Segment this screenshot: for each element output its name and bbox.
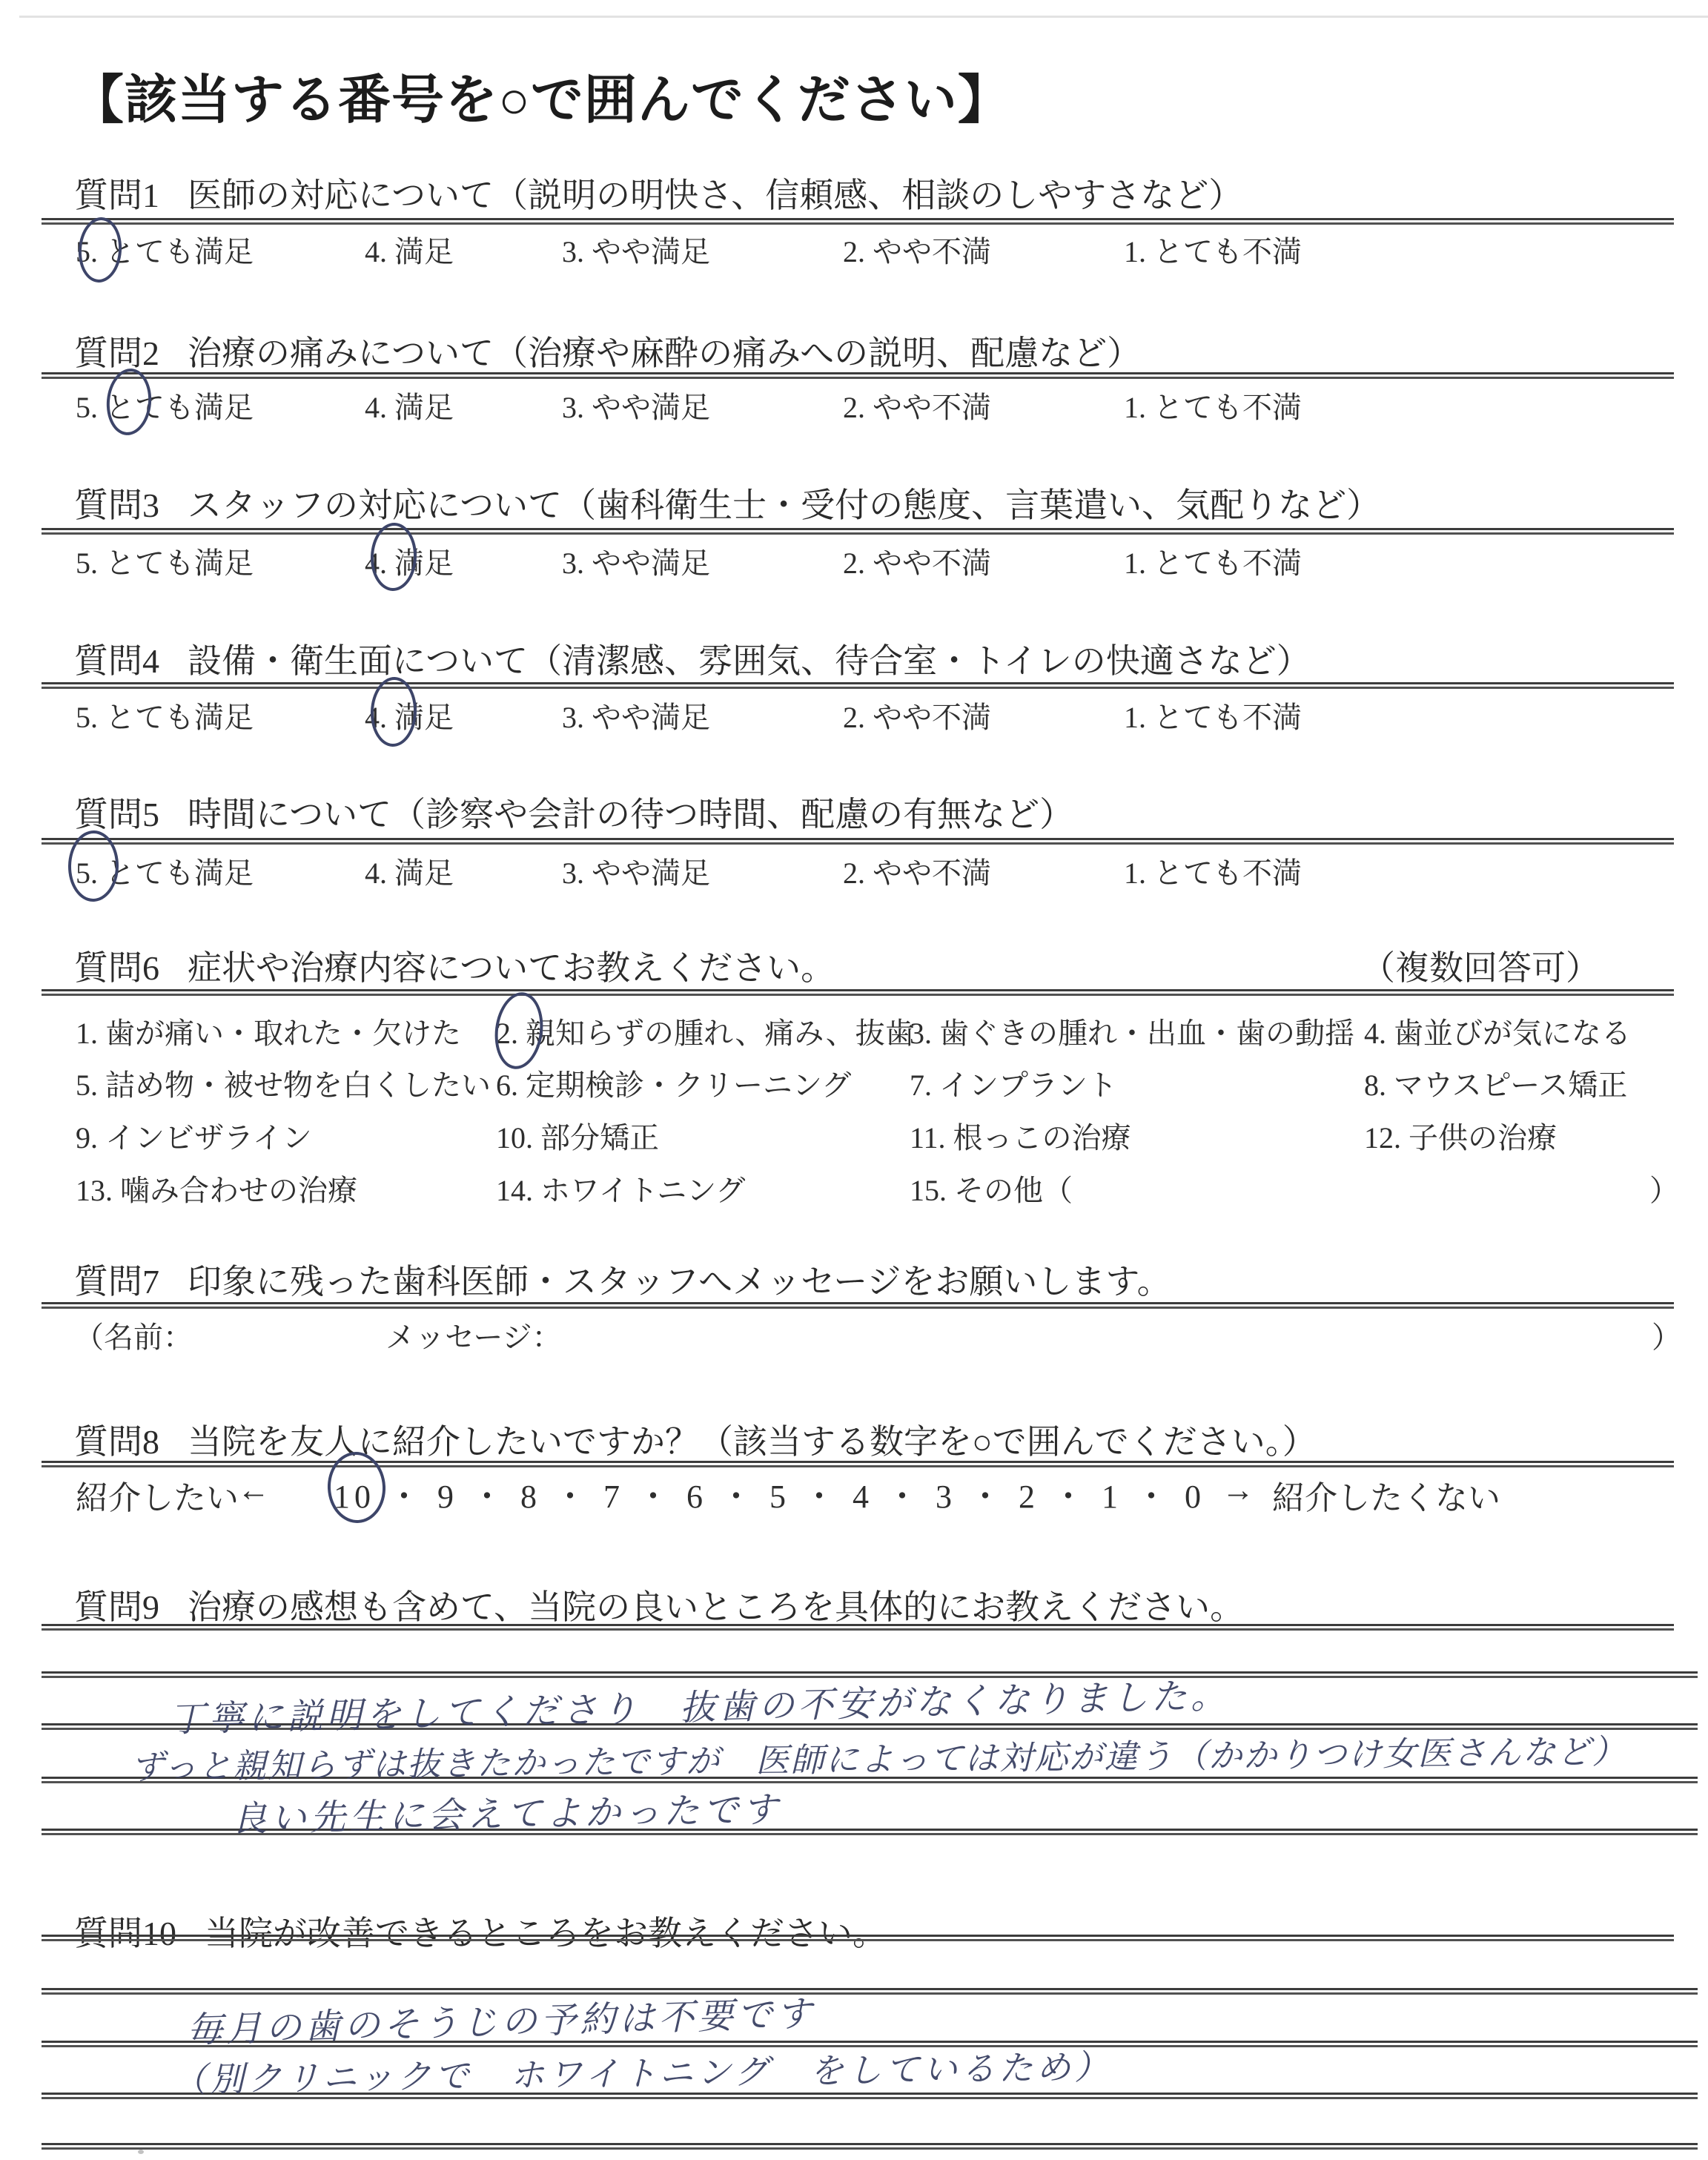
q7-message-field-label: メッセージ：: [385, 1314, 562, 1356]
divider-line: [42, 989, 1674, 991]
q9-handwriting-line-3: 良い先生に会えてよかったです: [231, 1781, 781, 1842]
question-6-text: 症状や治療内容についてお教えください。: [188, 949, 835, 987]
q4-option-5: 5. とても満足: [76, 694, 254, 736]
q4-option-1: 1. とても不満: [1124, 694, 1302, 736]
question-2-header: 質問2治療の痛みについて（治療や麻酔の痛みへの説明、配慮など）: [74, 326, 1141, 375]
q6-option-4: 4. 歯並びが気になる: [1364, 1010, 1631, 1052]
q1-option-2: 2. やや不満: [843, 228, 991, 271]
question-9-header: 質問9治療の感想も含めて、当院の良いところを具体的にお教えください。: [74, 1580, 1244, 1629]
q8-left-arrow: ←: [237, 1471, 270, 1509]
q8-left-label: 紹介したい: [76, 1471, 239, 1519]
q1-option-4: 4. 満足: [365, 228, 454, 271]
question-8-header: 質問8当院を友人に紹介したいですか？（該当する数字を○で囲んでください。）: [74, 1415, 1317, 1464]
q7-close-paren: ）: [1652, 1314, 1681, 1356]
divider-line: [42, 682, 1674, 684]
question-5-header: 質問5時間について（診察や会計の待つ時間、配慮の有無など）: [74, 787, 1073, 836]
question-4-header: 質問4設備・衛生面について（清潔感、雰囲気、待合室・トイレの快適さなど）: [74, 634, 1311, 683]
q1-option-1: 1. とても不満: [1124, 228, 1302, 271]
question-2-text: 治療の痛みについて（治療や麻酔の痛みへの説明、配慮など）: [188, 334, 1141, 372]
question-6-label: 質問6: [74, 949, 159, 987]
divider-line: [42, 1302, 1674, 1304]
q6-option-10: 10. 部分矯正: [496, 1114, 659, 1157]
question-1-text: 医師の対応について（説明の明快さ、信頼感、相談のしやすさなど）: [188, 176, 1242, 214]
q4-option-3: 3. やや満足: [562, 694, 710, 736]
answer-ruled-line: [42, 1671, 1698, 1674]
q5-option-4: 4. 満足: [365, 850, 454, 892]
question-5-label: 質問5: [74, 796, 159, 833]
question-3-text: スタッフの対応について（歯科衛生士・受付の態度、言葉遣い、気配りなど）: [188, 486, 1380, 524]
q8-right-label: 紹介したくない: [1272, 1471, 1500, 1519]
pen-circle-q2-answer: [104, 367, 154, 437]
question-4-text: 設備・衛生面について（清潔感、雰囲気、待合室・トイレの快適さなど）: [188, 642, 1311, 680]
q5-option-3: 3. やや満足: [562, 850, 710, 892]
divider-line: [42, 1461, 1674, 1463]
q6-option-15-close-paren: ）: [1649, 1167, 1679, 1209]
q3-option-5: 5. とても満足: [76, 540, 254, 582]
q7-name-field-label: （名前：: [74, 1314, 193, 1356]
q6-option-1: 1. 歯が痛い・取れた・欠けた: [76, 1010, 461, 1052]
q4-option-2: 2. やや不満: [843, 694, 991, 736]
question-1-header: 質問1医師の対応について（説明の明快さ、信頼感、相談のしやすさなど）: [74, 168, 1242, 217]
q2-option-5: 5. とても満足: [76, 384, 254, 426]
pen-circle-q6-answer: [491, 989, 547, 1071]
q6-multi-answer-note: （複数回答可）: [1361, 941, 1600, 990]
scanned-survey-sheet: 【該当する番号を○で囲んでください】 質問1医師の対応について（説明の明快さ、信…: [0, 0, 1708, 2160]
divider-line: [42, 838, 1674, 840]
q5-option-1: 1. とても不満: [1124, 850, 1302, 892]
answer-ruled-line: [42, 1988, 1698, 1990]
q6-option-14: 14. ホワイトニング: [496, 1167, 745, 1209]
q6-option-8: 8. マウスピース矯正: [1364, 1062, 1627, 1104]
q2-option-3: 3. やや満足: [562, 384, 710, 426]
scan-artifact-line: [19, 16, 1708, 18]
divider-line: [42, 372, 1674, 374]
question-10-label: 質問10: [74, 1915, 176, 1952]
q5-option-2: 2. やや不満: [843, 850, 991, 892]
q6-option-15: 15. その他（: [910, 1167, 1073, 1209]
question-9-text: 治療の感想も含めて、当院の良いところを具体的にお教えください。: [188, 1588, 1244, 1626]
question-8-label: 質問8: [74, 1423, 159, 1461]
q6-option-9: 9. インビザライン: [76, 1114, 312, 1157]
question-7-text: 印象に残った歯科医師・スタッフへメッセージをお願いします。: [188, 1263, 1171, 1301]
pen-circle-q4-answer: [369, 676, 417, 747]
q2-option-1: 1. とても不満: [1124, 384, 1302, 426]
divider-line: [42, 1624, 1674, 1626]
question-9-label: 質問9: [74, 1588, 159, 1626]
q3-option-3: 3. やや満足: [562, 540, 710, 582]
divider-line: [42, 528, 1674, 530]
q2-option-2: 2. やや不満: [843, 384, 991, 426]
page-title: 【該当する番号を○で囲んでください】: [71, 58, 1011, 133]
question-3-header: 質問3スタッフの対応について（歯科衛生士・受付の態度、言葉遣い、気配りなど）: [74, 478, 1380, 527]
q1-option-3: 3. やや満足: [562, 228, 710, 271]
question-4-label: 質問4: [74, 642, 159, 680]
question-6-header: 質問6症状や治療内容についてお教えください。: [74, 941, 835, 990]
question-2-label: 質問2: [74, 334, 159, 372]
q6-option-2: 2. 親知らずの腫れ、痛み、抜歯: [496, 1010, 915, 1052]
question-7-header: 質問7印象に残った歯科医師・スタッフへメッセージをお願いします。: [74, 1255, 1171, 1304]
q6-option-12: 12. 子供の治療: [1364, 1114, 1557, 1157]
q3-option-1: 1. とても不満: [1124, 540, 1302, 582]
question-5-text: 時間について（診察や会計の待つ時間、配慮の有無など）: [188, 796, 1073, 833]
question-10-header: 質問10当院が改善できるところをお教えください。: [74, 1906, 887, 1955]
q6-option-13: 13. 噛み合わせの治療: [76, 1167, 357, 1209]
question-1-label: 質問1: [74, 176, 159, 214]
q6-option-3: 3. 歯ぐきの腫れ・出血・歯の動揺: [910, 1010, 1354, 1052]
divider-line: [42, 218, 1674, 220]
pen-circle-q1-answer: [76, 216, 124, 284]
divider-line: [42, 1935, 1674, 1937]
q8-right-arrow: →: [1222, 1471, 1254, 1509]
q6-option-11: 11. 根っこの治療: [910, 1114, 1131, 1157]
q3-option-2: 2. やや不満: [843, 540, 991, 582]
question-10-text: 当院が改善できるところをお教えください。: [205, 1915, 887, 1952]
question-3-label: 質問3: [74, 486, 159, 524]
q6-option-6: 6. 定期検診・クリーニング: [496, 1062, 851, 1104]
question-7-label: 質問7: [74, 1263, 159, 1301]
q6-option-7: 7. インプラント: [910, 1062, 1117, 1104]
answer-ruled-line: [42, 2143, 1698, 2145]
scan-speck: [138, 2150, 144, 2154]
q8-nps-scale: 10 ・ 9 ・ 8 ・ 7 ・ 6 ・ 5 ・ 4 ・ 3 ・ 2 ・ 1 ・…: [334, 1470, 1205, 1517]
q6-option-5: 5. 詰め物・被せ物を白くしたい: [76, 1062, 491, 1104]
q2-option-4: 4. 満足: [365, 384, 454, 426]
